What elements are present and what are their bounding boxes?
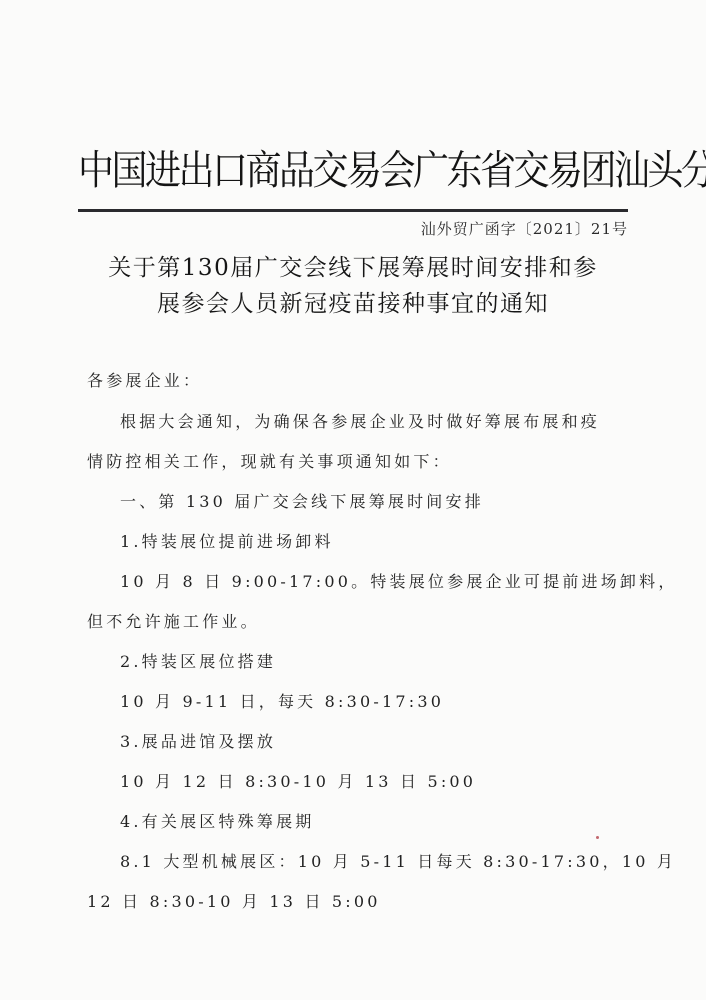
item-detail-4-line-1: 8.1 大型机械展区：10 月 5-11 日每天 8:30-17:30，10 月	[120, 850, 660, 874]
document-number: 汕外贸广函字〔2021〕21号	[388, 218, 628, 240]
item-heading-2: 2.特装区展位搭建	[120, 650, 660, 674]
organization-header: 中国进出口商品交易会广东省交易团汕头分团	[78, 146, 628, 198]
item-detail-4-line-2: 12 日 8:30-10 月 13 日 5:00	[87, 890, 627, 914]
item-heading-1: 1.特装展位提前进场卸料	[120, 530, 660, 554]
item-detail-3: 10 月 12 日 8:30-10 月 13 日 5:00	[120, 770, 660, 794]
item-heading-3: 3.展品进馆及摆放	[120, 730, 660, 754]
intro-paragraph-line-1: 根据大会通知，为确保各参展企业及时做好筹展布展和疫	[120, 410, 660, 434]
document-page: 中国进出口商品交易会广东省交易团汕头分团 汕外贸广函字〔2021〕21号 关于第…	[0, 0, 706, 1000]
red-ink-speck	[596, 836, 599, 839]
notice-title-line-2: 展参会人员新冠疫苗接种事宜的通知	[78, 289, 628, 319]
item-heading-4: 4.有关展区特殊筹展期	[120, 810, 660, 834]
item-detail-1-line-2: 但不允许施工作业。	[87, 610, 627, 634]
intro-paragraph-line-2: 情防控相关工作，现就有关事项通知如下：	[87, 450, 627, 474]
salutation: 各参展企业：	[87, 369, 627, 393]
header-divider	[78, 209, 628, 212]
item-detail-2: 10 月 9-11 日，每天 8:30-17:30	[120, 690, 660, 714]
section-heading-1: 一、第 130 届广交会线下展筹展时间安排	[120, 490, 660, 514]
notice-title-line-1: 关于第130届广交会线下展筹展时间安排和参	[78, 253, 628, 283]
item-detail-1-line-1: 10 月 8 日 9:00-17:00。特装展位参展企业可提前进场卸料，	[120, 570, 660, 594]
